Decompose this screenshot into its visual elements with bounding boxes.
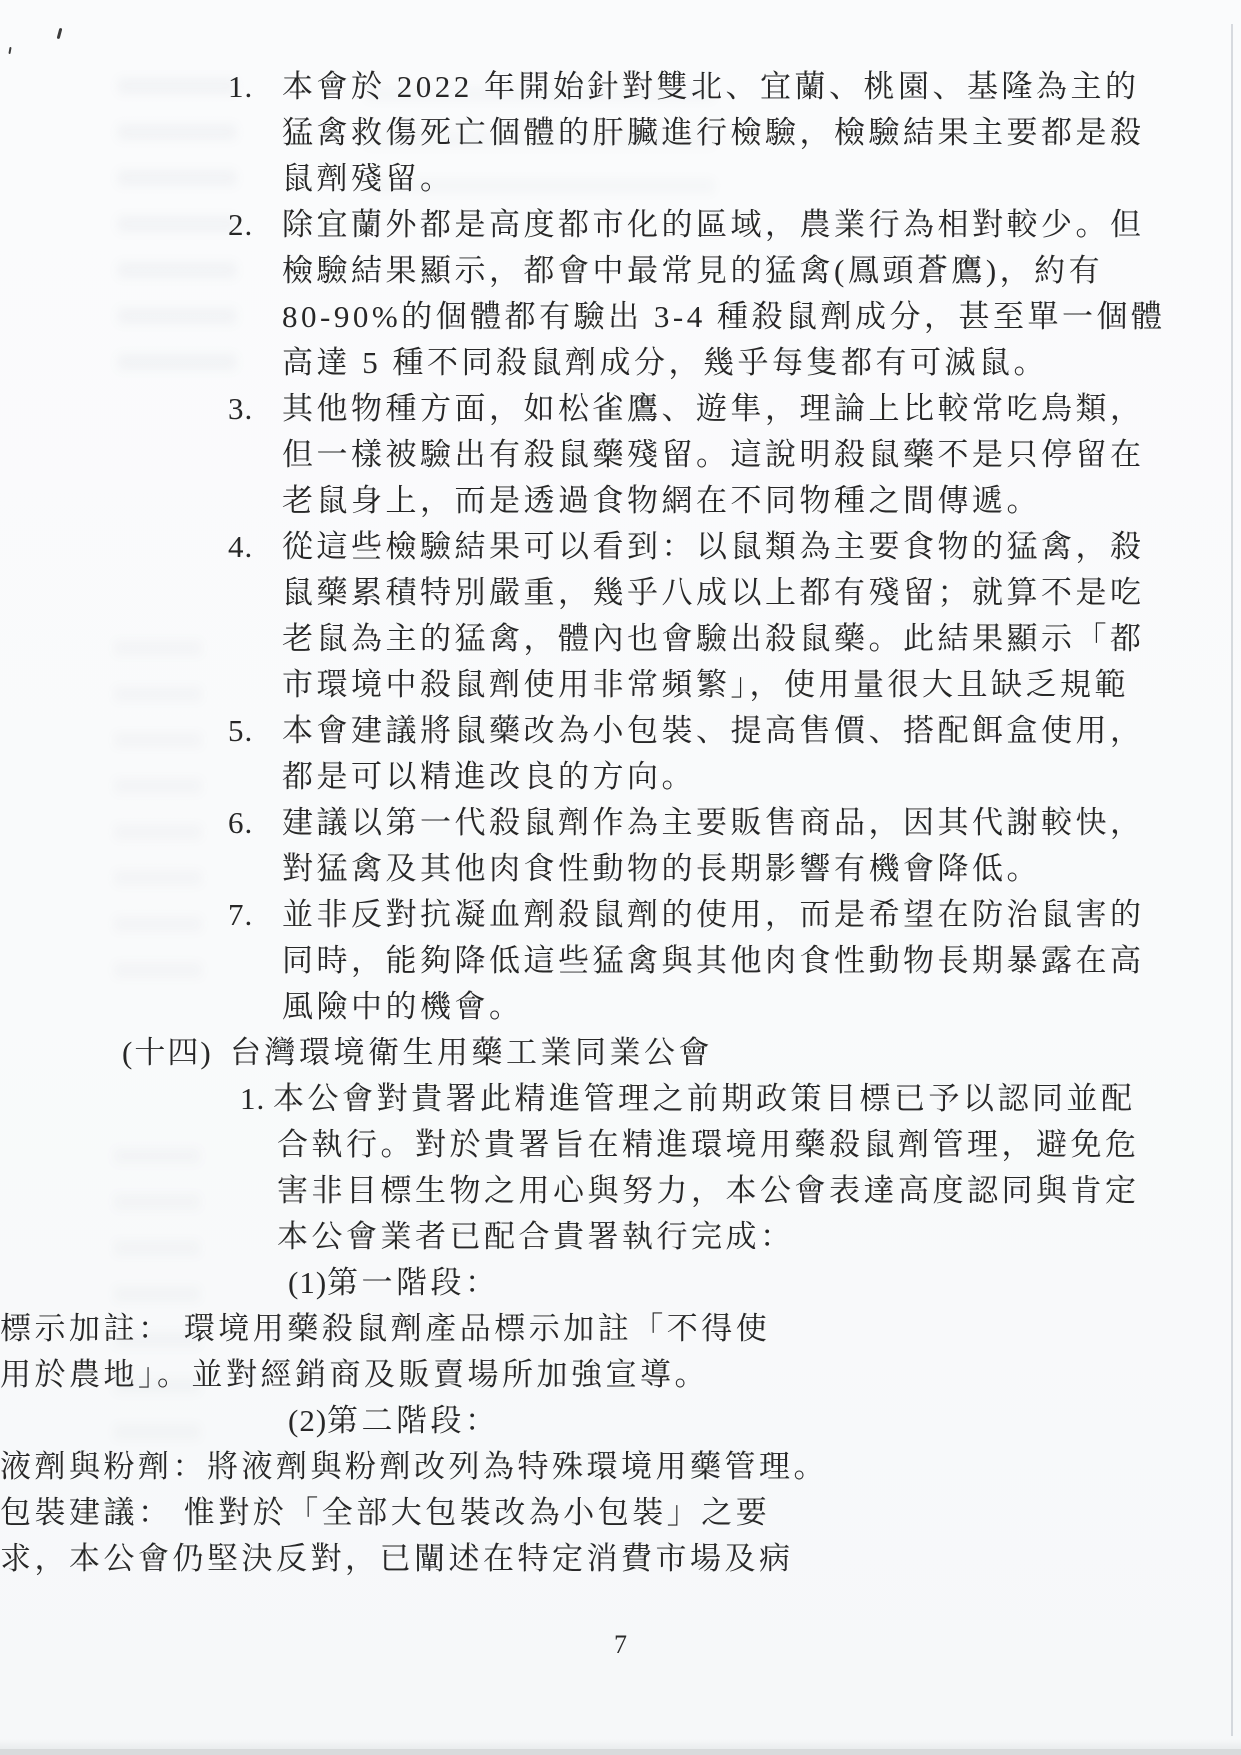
line-text: 高達 5 種不同殺鼠劑成分，幾乎每隻都有可滅鼠。 [282,340,1048,386]
line-text: 老鼠身上，而是透過食物網在不同物種之間傳遞。 [282,478,1041,524]
line-text: 市環境中殺鼠劑使用非常頻繁」，使用量很大且缺乏規範 [282,662,1129,708]
line-text: 並非反對抗凝血劑殺鼠劑的使用，而是希望在防治鼠害的 [282,892,1145,938]
scan-speck [8,47,11,54]
text-line: (1) 第一階段： [0,1260,1241,1306]
scan-edge-line [1231,24,1233,1736]
line-text: 猛禽救傷死亡個體的肝臟進行檢驗，檢驗結果主要都是殺 [282,110,1145,156]
line-text: 從這些檢驗結果可以看到：以鼠類為主要食物的猛禽，殺 [282,524,1145,570]
text-line: 檢驗結果顯示，都會中最常見的猛禽(鳳頭蒼鷹)，約有 [0,248,1241,294]
line-marker: 7. [228,892,253,938]
line-marker: (1) [288,1260,327,1306]
line-marker: (2) [288,1398,327,1444]
text-line: 同時，能夠降低這些猛禽與其他肉食性動物長期暴露在高 [0,938,1241,984]
line-text: 建議以第一代殺鼠劑作為主要販售商品，因其代謝較快， [282,800,1145,846]
text-line: 標示加註： 環境用藥殺鼠劑產品標示加註「不得使 [0,1306,1241,1352]
line-text: 對猛禽及其他肉食性動物的長期影響有機會降低。 [282,846,1041,892]
text-line: 2. 除宜蘭外都是高度都市化的區域，農業行為相對較少。但 [0,202,1241,248]
text-line: 7. 並非反對抗凝血劑殺鼠劑的使用，而是希望在防治鼠害的 [0,892,1241,938]
line-marker: 2. [228,202,253,248]
text-line: 求，本公會仍堅決反對，已闡述在特定消費市場及病 [0,1536,1241,1582]
text-line: 風險中的機會。 [0,984,1241,1030]
text-line: 5. 本會建議將鼠藥改為小包裝、提高售價、搭配餌盒使用， [0,708,1241,754]
document-body: 1. 本會於 2022 年開始針對雙北、宜蘭、桃園、基隆為主的 猛禽救傷死亡個體… [0,64,1241,1582]
text-line: 液劑與粉劑：將液劑與粉劑改列為特殊環境用藥管理。 [0,1444,1241,1490]
line-text: 求，本公會仍堅決反對，已闡述在特定消費市場及病 [0,1536,794,1582]
line-marker: 1. [240,1076,265,1122]
line-text: 本會建議將鼠藥改為小包裝、提高售價、搭配餌盒使用， [282,708,1145,754]
text-line: 害非目標生物之用心與努力，本公會表達高度認同與肯定 [0,1168,1241,1214]
line-text: 液劑與粉劑：將液劑與粉劑改列為特殊環境用藥管理。 [0,1444,828,1490]
line-marker: 6. [228,800,253,846]
text-line: (十四) 台灣環境衛生用藥工業同業公會 [0,1030,1241,1076]
line-text: 鼠藥累積特別嚴重，幾乎八成以上都有殘留；就算不是吃 [282,570,1145,616]
line-text: 包裝建議： 惟對於「全部大包裝改為小包裝」之要 [0,1490,770,1536]
line-text: 本會於 2022 年開始針對雙北、宜蘭、桃園、基隆為主的 [282,64,1140,110]
scanned-page: 1. 本會於 2022 年開始針對雙北、宜蘭、桃園、基隆為主的 猛禽救傷死亡個體… [0,0,1241,1755]
line-text: 害非目標生物之用心與努力，本公會表達高度認同與肯定 [277,1168,1140,1214]
line-text: 除宜蘭外都是高度都市化的區域，農業行為相對較少。但 [282,202,1145,248]
line-text: 其他物種方面，如松雀鷹、遊隼，理論上比較常吃鳥類， [282,386,1145,432]
scan-bottom-fade [0,1739,1241,1749]
line-text: 用於農地」。並對經銷商及販賣場所加強宣導。 [0,1352,709,1398]
line-text: 但一樣被驗出有殺鼠藥殘留。這說明殺鼠藥不是只停留在 [282,432,1145,478]
line-marker: (十四) [122,1030,213,1076]
text-line: 老鼠身上，而是透過食物網在不同物種之間傳遞。 [0,478,1241,524]
line-text: 都是可以精進改良的方向。 [282,754,696,800]
line-text: 鼠劑殘留。 [282,156,455,202]
text-line: 鼠劑殘留。 [0,156,1241,202]
text-line: 1. 本公會對貴署此精進管理之前期政策目標已予以認同並配 [0,1076,1241,1122]
text-line: 合執行。對於貴署旨在精進環境用藥殺鼠劑管理，避免危 [0,1122,1241,1168]
text-line: 猛禽救傷死亡個體的肝臟進行檢驗，檢驗結果主要都是殺 [0,110,1241,156]
line-text: 第二階段： [327,1398,500,1444]
line-text: 第一階段： [327,1260,500,1306]
text-line: 80-90%的個體都有驗出 3-4 種殺鼠劑成分，甚至單一個體 [0,294,1241,340]
line-marker: 5. [228,708,253,754]
text-line: 高達 5 種不同殺鼠劑成分，幾乎每隻都有可滅鼠。 [0,340,1241,386]
text-line: 老鼠為主的猛禽，體內也會驗出殺鼠藥。此結果顯示「都 [0,616,1241,662]
line-text: 老鼠為主的猛禽，體內也會驗出殺鼠藥。此結果顯示「都 [282,616,1145,662]
line-marker: 3. [228,386,253,432]
text-line: 包裝建議： 惟對於「全部大包裝改為小包裝」之要 [0,1490,1241,1536]
text-line: 市環境中殺鼠劑使用非常頻繁」，使用量很大且缺乏規範 [0,662,1241,708]
text-line: 鼠藥累積特別嚴重，幾乎八成以上都有殘留；就算不是吃 [0,570,1241,616]
text-line: (2) 第二階段： [0,1398,1241,1444]
line-text: 80-90%的個體都有驗出 3-4 種殺鼠劑成分，甚至單一個體 [282,294,1165,340]
text-line: 但一樣被驗出有殺鼠藥殘留。這說明殺鼠藥不是只停留在 [0,432,1241,478]
line-text: 本公會對貴署此精進管理之前期政策目標已予以認同並配 [273,1076,1136,1122]
text-line: 4. 從這些檢驗結果可以看到：以鼠類為主要食物的猛禽，殺 [0,524,1241,570]
line-marker: 1. [228,64,253,110]
page-number: 7 [0,1630,1241,1660]
scan-bottom-strip [0,1749,1241,1755]
text-line: 3. 其他物種方面，如松雀鷹、遊隼，理論上比較常吃鳥類， [0,386,1241,432]
line-text: 同時，能夠降低這些猛禽與其他肉食性動物長期暴露在高 [282,938,1145,984]
scan-speck [57,28,63,39]
text-line: 用於農地」。並對經銷商及販賣場所加強宣導。 [0,1352,1241,1398]
text-line: 都是可以精進改良的方向。 [0,754,1241,800]
line-text: 風險中的機會。 [282,984,524,1030]
text-line: 本公會業者已配合貴署執行完成： [0,1214,1241,1260]
line-text: 檢驗結果顯示，都會中最常見的猛禽(鳳頭蒼鷹)，約有 [282,248,1103,294]
text-line: 1. 本會於 2022 年開始針對雙北、宜蘭、桃園、基隆為主的 [0,64,1241,110]
line-text: 合執行。對於貴署旨在精進環境用藥殺鼠劑管理，避免危 [277,1122,1140,1168]
line-text: 台灣環境衛生用藥工業同業公會 [230,1030,713,1076]
text-line: 6. 建議以第一代殺鼠劑作為主要販售商品，因其代謝較快， [0,800,1241,846]
line-text: 本公會業者已配合貴署執行完成： [277,1214,795,1260]
line-text: 標示加註： 環境用藥殺鼠劑產品標示加註「不得使 [0,1306,770,1352]
line-marker: 4. [228,524,253,570]
text-line: 對猛禽及其他肉食性動物的長期影響有機會降低。 [0,846,1241,892]
